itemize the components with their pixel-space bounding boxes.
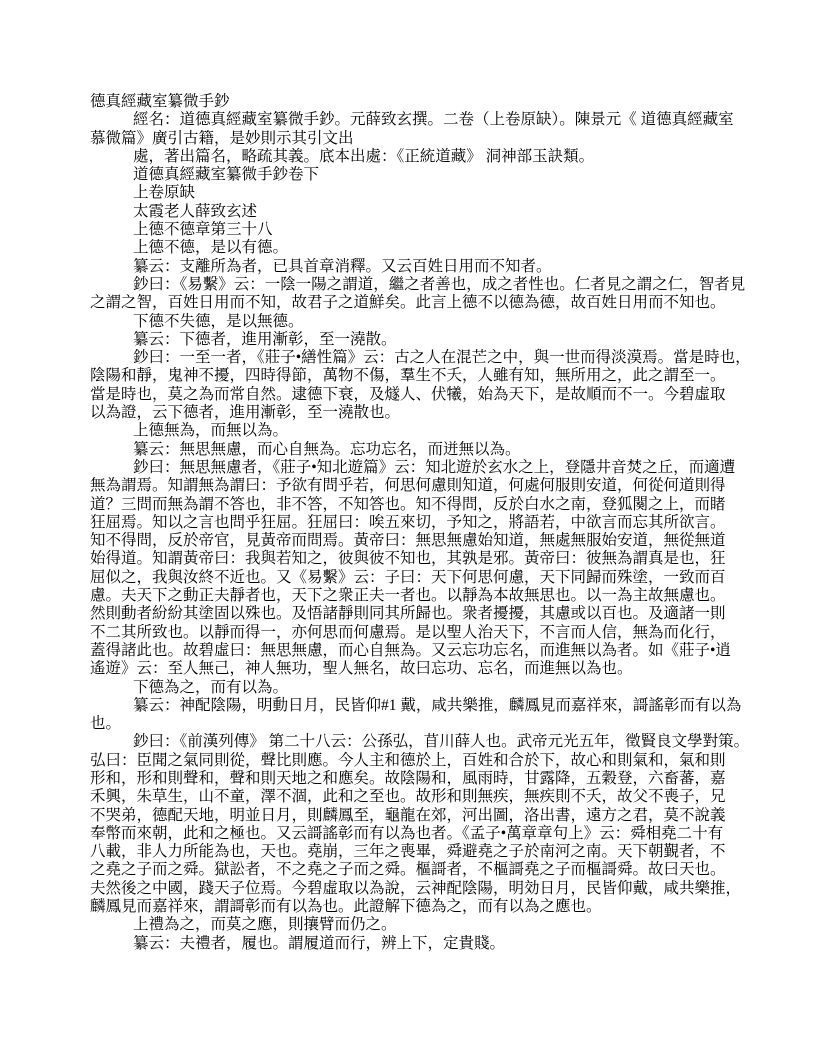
text-line: 鈔曰：《易繫》云：一陰一陽之謂道，繼之者善也，成之者性也。仁者見之謂之仁，智者見 <box>90 276 740 294</box>
text-line: 之謂之智，百姓日用而不知，故君子之道鮮矣。此言上德不以德為德，故百姓日用而不知也… <box>90 294 740 312</box>
text-line: 不哭弟，德配天地，明並日月，則麟鳳至，龜龍在郊，河出圖，洛出書，遠方之君，莫不說… <box>90 807 740 825</box>
text-line: 始得道。知謂黃帝曰：我與若知之，彼與彼不知也，其孰是邪。黃帝曰：彼無為謂真是也，… <box>90 550 740 568</box>
text-line: 屈似之，我與汝終不近也。又《易繫》云：子曰：天下何思何慮，天下同歸而殊塗，一致而… <box>90 569 740 587</box>
text-line: 狂屈焉。知以之言也問乎狂屈。狂屈曰：唉五來切，予知之，將語若，中欲言而忘其所欲言… <box>90 514 740 532</box>
text-line: 纂云：下德者，進用漸彰，至一澆散。 <box>90 331 740 349</box>
document-body: 德真經藏室纂微手鈔 經名：道德真經藏室纂微手鈔。元薛致玄撰。二卷（上卷原缺）。陳… <box>90 93 740 953</box>
text-line: 上卷原缺 <box>90 184 740 202</box>
text-line: 麟鳳見而嘉祥來，謂謌彰而有以為也。此證解下德為之，而有以為之應也。 <box>90 898 740 916</box>
text-line: 道？三問而無為謂不答也，非不答，不知答也。知不得問，反於白水之南，登狐闋之上，而… <box>90 496 740 514</box>
text-line: 也。 <box>90 715 740 733</box>
text-line: 慮。夫天下之動正夫靜者也，天下之衆正夫一者也。以靜為本故無思也。以一為主故無慮也… <box>90 587 740 605</box>
text-line: 下德為之，而有以為。 <box>90 679 740 697</box>
text-line: 鈔曰：《前漢列傳》 第二十八云：公孫弘，苜川薛人也。武帝元光五年，徵賢良文學對策… <box>90 733 740 751</box>
text-line: 形和，形和則聲和，聲和則天地之和應矣。故陰陽和，風雨時，甘露降，五穀登，六畜蕃，… <box>90 770 740 788</box>
text-line: 慕微篇》廣引古籍，是妙則示其引文出 <box>90 130 740 148</box>
text-line: 弘曰：臣聞之氣同則從，聲比則應。今人主和德於上，百姓和合於下，故心和則氣和，氣和… <box>90 752 740 770</box>
text-line: 處，著出篇名，略疏其義。底本出處：《正統道藏》 洞神部玉訣類。 <box>90 148 740 166</box>
text-line: 知不得問，反於帝官，見黃帝而問焉。黃帝曰：無思無慮始知道，無處無服始安道，無從無… <box>90 532 740 550</box>
text-line: 道德真經藏室纂微手鈔卷下 <box>90 166 740 184</box>
text-line: 鈔曰：一至一者，《莊子•繕性篇》云：古之人在混芒之中，與一世而得淡漠焉。當是時也… <box>90 349 740 367</box>
document-title-line: 德真經藏室纂微手鈔 <box>90 93 740 111</box>
text-line: 遙遊》云：至人無己，神人無功，聖人無名，故曰忘功、忘名，而進無以為也。 <box>90 660 740 678</box>
text-line: 纂云：夫禮者，履也。謂履道而行，辨上下，定貴賤。 <box>90 935 740 953</box>
text-line: 以為證，云下德者，進用漸彰，至一澆散也。 <box>90 404 740 422</box>
text-line: 上德無為，而無以為。 <box>90 422 740 440</box>
text-line: 禾興，朱草生，山不童，澤不涸，此和之至也。故形和則無疾，無疾則不夭，故父不喪子，… <box>90 788 740 806</box>
text-line: 鈔曰：無思無慮者，《莊子•知北遊篇》云：知北遊於玄水之上，登隱井音焚之丘，而適遭 <box>90 459 740 477</box>
text-line: 上禮為之，而莫之應，則攘臂而仍之。 <box>90 916 740 934</box>
text-line: 不二其所致也。以靜而得一，亦何思而何慮焉。是以聖人治天下，不言而人信，無為而化行… <box>90 624 740 642</box>
text-line: 之堯之子而之舜。獄訟者，不之堯之子而之舜。樞謌者，不樞謌堯之子而樞謌舜。故曰天也… <box>90 861 740 879</box>
text-line: 當是時也，莫之為而常自然。逮德下衰，及燧人、伏犧，始為天下，是故順而不一。今碧虛… <box>90 386 740 404</box>
text-line: 上德不德章第三十八 <box>90 221 740 239</box>
text-line: 奉幣而來朝，此和之極也。又云謌謠彰而有以為也者。《孟子•萬章章句上》云：舜相堯二… <box>90 825 740 843</box>
text-line: 太霞老人薛致玄述 <box>90 203 740 221</box>
text-line: 纂云：無思無慮，而心自無為。忘功忘名，而迸無以為。 <box>90 441 740 459</box>
text-line: 八載，非人力所能為也，天也。堯崩，三年之喪畢，舜避堯之子於南河之南。天下朝覲者，… <box>90 843 740 861</box>
text-line: 然則動者紛紛其塗固以殊也。及悟諸靜則同其所歸也。衆者擾擾，其慮或以百也。及適諸一… <box>90 605 740 623</box>
text-line: 陰陽和靜，鬼神不擾，四時得節，萬物不傷，羣生不夭，人雖有知，無所用之，此之謂至一… <box>90 367 740 385</box>
text-line: 夫然後之中國，踐天子位焉。今碧虛取以為說，云神配陰陽，明効日月，民皆仰戴，咸共樂… <box>90 880 740 898</box>
text-line: 下德不失德，是以無德。 <box>90 313 740 331</box>
document-page: 德真經藏室纂微手鈔 經名：道德真經藏室纂微手鈔。元薛致玄撰。二卷（上卷原缺）。陳… <box>0 0 816 1056</box>
text-line: 纂云：支離所為者，已具首章消釋。又云百姓日用而不知者。 <box>90 258 740 276</box>
text-line: 經名：道德真經藏室纂微手鈔。元薛致玄撰。二卷（上卷原缺）。陳景元《 道德真經藏室 <box>90 111 740 129</box>
text-line: 纂云：神配陰陽，明動日月，民皆仰#1 戴，咸共樂推，麟鳳見而嘉祥來，謌謠彰而有以… <box>90 697 740 715</box>
text-line: 上德不德，是以有德。 <box>90 239 740 257</box>
text-line: 無為謂焉。知謂無為謂曰：予欲有問乎若，何思何慮則知道，何處何服則安道，何從何道則… <box>90 477 740 495</box>
text-line: 蓋得諸此也。故碧虛曰：無思無慮，而心自無為。又云忘功忘名，而進無以為者。如《莊子… <box>90 642 740 660</box>
